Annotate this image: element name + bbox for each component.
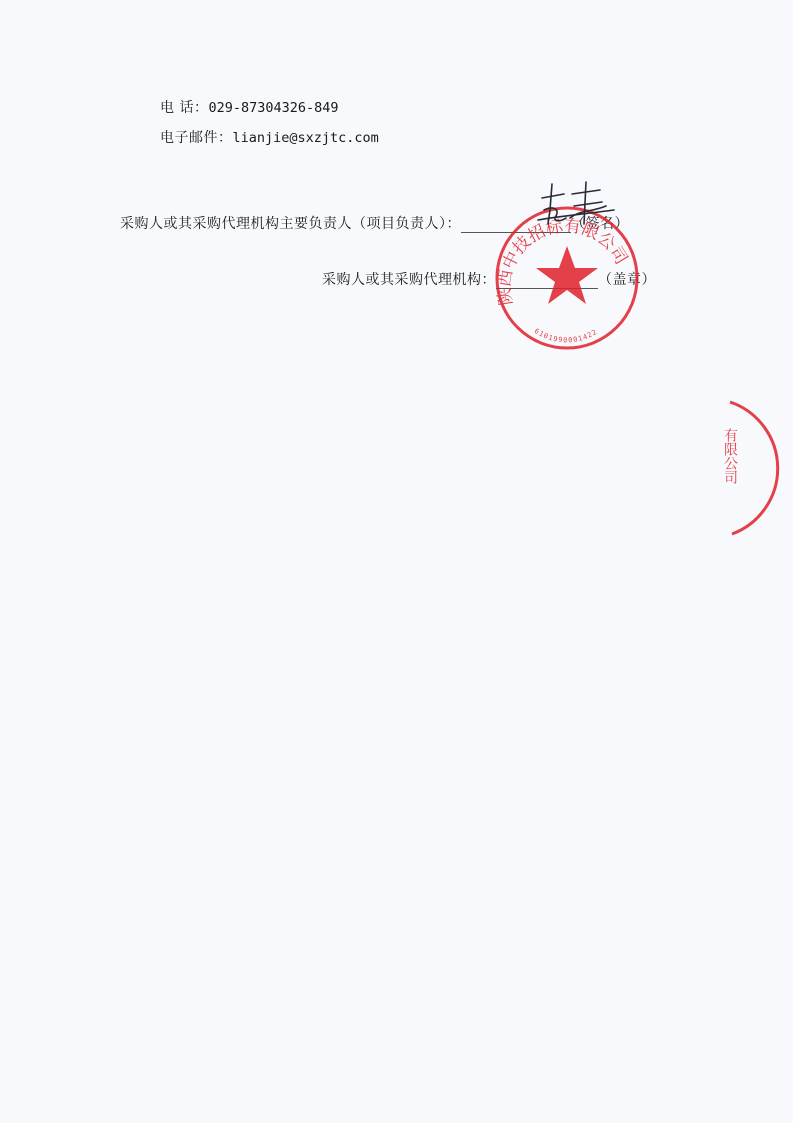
seal-row: 采购人或其采购代理机构：（盖章） [322,269,656,289]
signature-suffix: （签名） [571,216,629,232]
phone-line: 电 话：029-87304326-849 [160,97,339,117]
signature-blank [461,218,571,233]
email-label: 电子邮件： [160,130,233,146]
phone-number: 029-87304326-849 [208,100,338,116]
email-address: lianjie@sxzjtc.com [233,130,379,146]
signature-row: 采购人或其采购代理机构主要负责人（项目负责人）：（签名） [120,213,629,233]
email-line: 电子邮件：lianjie@sxzjtc.com [160,127,379,147]
svg-text:6101990001422: 6101990001422 [533,327,599,344]
stamp-number: 6101990001422 [533,327,599,344]
phone-label: 电 话： [160,100,208,116]
seal-blank [496,274,598,289]
partial-stamp-text: 有限公司 [722,428,738,484]
seal-label: 采购人或其采购代理机构： [322,272,496,288]
partial-stamp: 有限公司 [720,398,780,538]
signature-label: 采购人或其采购代理机构主要负责人（项目负责人）： [120,216,461,232]
seal-suffix: （盖章） [598,272,656,288]
